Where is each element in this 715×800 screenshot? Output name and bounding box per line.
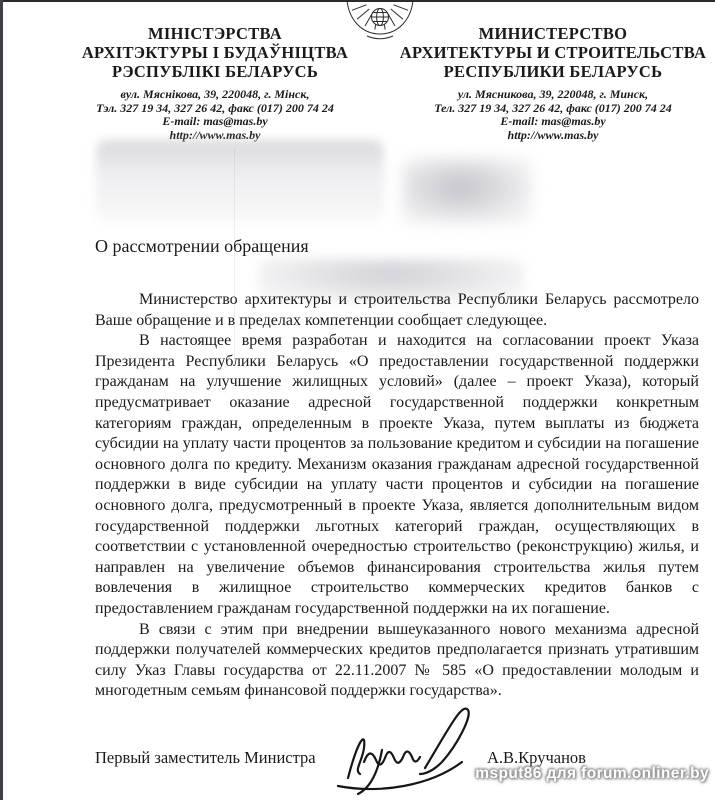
address-line: ул. Мясникова, 39, 220048, г. Минск, — [398, 88, 708, 102]
website-line: http://www.mas.by — [398, 129, 708, 143]
address-line: Тэл. 327 19 34, 327 26 42, факс (017) 20… — [60, 102, 370, 116]
paragraph: Министерство архитектуры и строительства… — [95, 290, 699, 331]
title-line: АРХІТЭКТУРЫ І БУДАЎНІЦТВА — [60, 43, 370, 62]
title-line: МИНИСТЕРСТВО — [398, 24, 708, 43]
ministry-title-ru: МИНИСТЕРСТВО АРХИТЕКТУРЫ И СТРОИТЕЛЬСТВА… — [398, 24, 708, 81]
letterhead-russian: МИНИСТЕРСТВО АРХИТЕКТУРЫ И СТРОИТЕЛЬСТВА… — [398, 24, 708, 142]
ministry-address-by: вул. Мяснікова, 39, 220048, г. Мінск, Тэ… — [60, 88, 370, 142]
letter-subject: О рассмотрении обращения — [95, 236, 309, 257]
letter-body: Министерство архитектуры и строительства… — [95, 290, 699, 702]
letterhead-belarusian: МІНІСТЭРСТВА АРХІТЭКТУРЫ І БУДАЎНІЦТВА Р… — [60, 24, 370, 142]
handwritten-signature — [330, 700, 488, 798]
email-line: E-mail: mas@mas.by — [398, 115, 708, 129]
title-line: МІНІСТЭРСТВА — [60, 24, 370, 43]
email-line: E-mail: mas@mas.by — [60, 115, 370, 129]
scanned-letter-page: МІНІСТЭРСТВА АРХІТЭКТУРЫ І БУДАЎНІЦТВА Р… — [0, 0, 715, 800]
address-line: вул. Мяснікова, 39, 220048, г. Мінск, — [60, 88, 370, 102]
paragraph: В настоящее время разработан и находится… — [95, 331, 699, 619]
address-line: Тел. 327 19 34, 327 26 42, факс (017) 20… — [398, 102, 708, 116]
signer-position-title: Первый заместитель Министра — [95, 748, 316, 768]
scan-left-edge — [0, 0, 3, 800]
redacted-reference-block — [96, 140, 384, 222]
title-line: АРХИТЕКТУРЫ И СТРОИТЕЛЬСТВА — [398, 43, 708, 62]
ministry-title-by: МІНІСТЭРСТВА АРХІТЭКТУРЫ І БУДАЎНІЦТВА Р… — [60, 24, 370, 81]
title-line: РЭСПУБЛІКІ БЕЛАРУСЬ — [60, 62, 370, 81]
title-line: РЕСПУБЛИКИ БЕЛАРУСЬ — [398, 62, 708, 81]
forum-watermark: msput86 для forum.onliner.by — [475, 765, 709, 783]
ministry-address-ru: ул. Мясникова, 39, 220048, г. Минск, Тел… — [398, 88, 708, 142]
redacted-stamp-block — [402, 158, 532, 224]
paragraph: В связи с этим при внедрении вышеуказанн… — [95, 620, 699, 702]
